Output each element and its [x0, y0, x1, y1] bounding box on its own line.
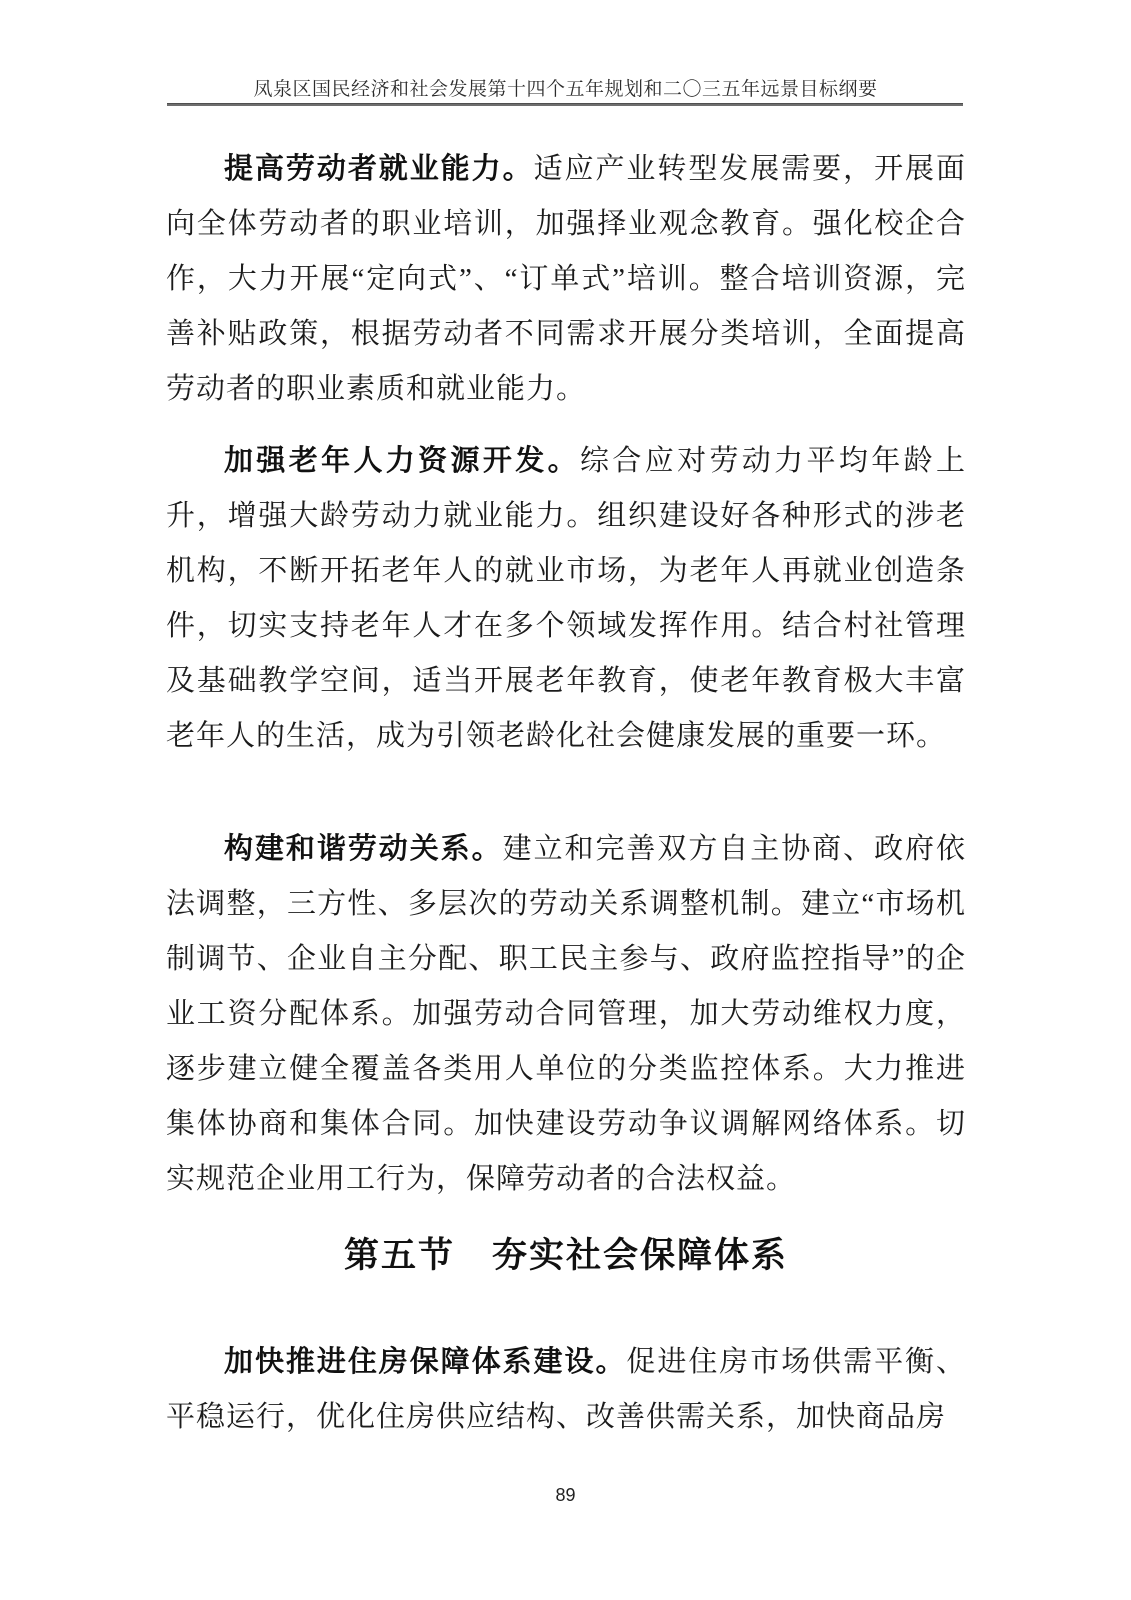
- paragraph-lead: 加强老年人力资源开发。: [224, 445, 580, 477]
- document-page: 凤泉区国民经济和社会发展第十四个五年规划和二〇三五年远景目标纲要 提高劳动者就业…: [0, 0, 1131, 1600]
- paragraph-text: 综合应对劳动力平均年龄上升，增强大龄劳动力就业能力。组织建设好各种形式的涉老机构…: [166, 445, 966, 752]
- paragraph-lead: 提高劳动者就业能力。: [224, 153, 534, 185]
- paragraph-housing-security: 加快推进住房保障体系建设。促进住房市场供需平衡、平稳运行，优化住房供应结构、改善…: [166, 1335, 966, 1445]
- paragraph-elderly-workforce: 加强老年人力资源开发。综合应对劳动力平均年龄上升，增强大龄劳动力就业能力。组织建…: [166, 434, 966, 764]
- document-body: 提高劳动者就业能力。适应产业转型发展需要，开展面向全体劳动者的职业培训，加强择业…: [166, 142, 966, 1462]
- paragraph-text: 适应产业转型发展需要，开展面向全体劳动者的职业培训，加强择业观念教育。强化校企合…: [166, 153, 966, 405]
- page-number: 89: [0, 1485, 1131, 1506]
- paragraph-labor-relations: 构建和谐劳动关系。建立和完善双方自主协商、政府依法调整，三方性、多层次的劳动关系…: [166, 822, 966, 1207]
- paragraph-lead: 加快推进住房保障体系建设。: [224, 1346, 626, 1378]
- running-header-title: 凤泉区国民经济和社会发展第十四个五年规划和二〇三五年远景目标纲要: [0, 74, 1131, 101]
- header-rule: [167, 103, 963, 106]
- paragraph-text: 建立和完善双方自主协商、政府依法调整，三方性、多层次的劳动关系调整机制。建立“市…: [166, 833, 966, 1195]
- paragraph-lead: 构建和谐劳动关系。: [224, 833, 503, 865]
- paragraph-employability: 提高劳动者就业能力。适应产业转型发展需要，开展面向全体劳动者的职业培训，加强择业…: [166, 142, 966, 417]
- section-heading: 第五节 夯实社会保障体系: [166, 1233, 966, 1279]
